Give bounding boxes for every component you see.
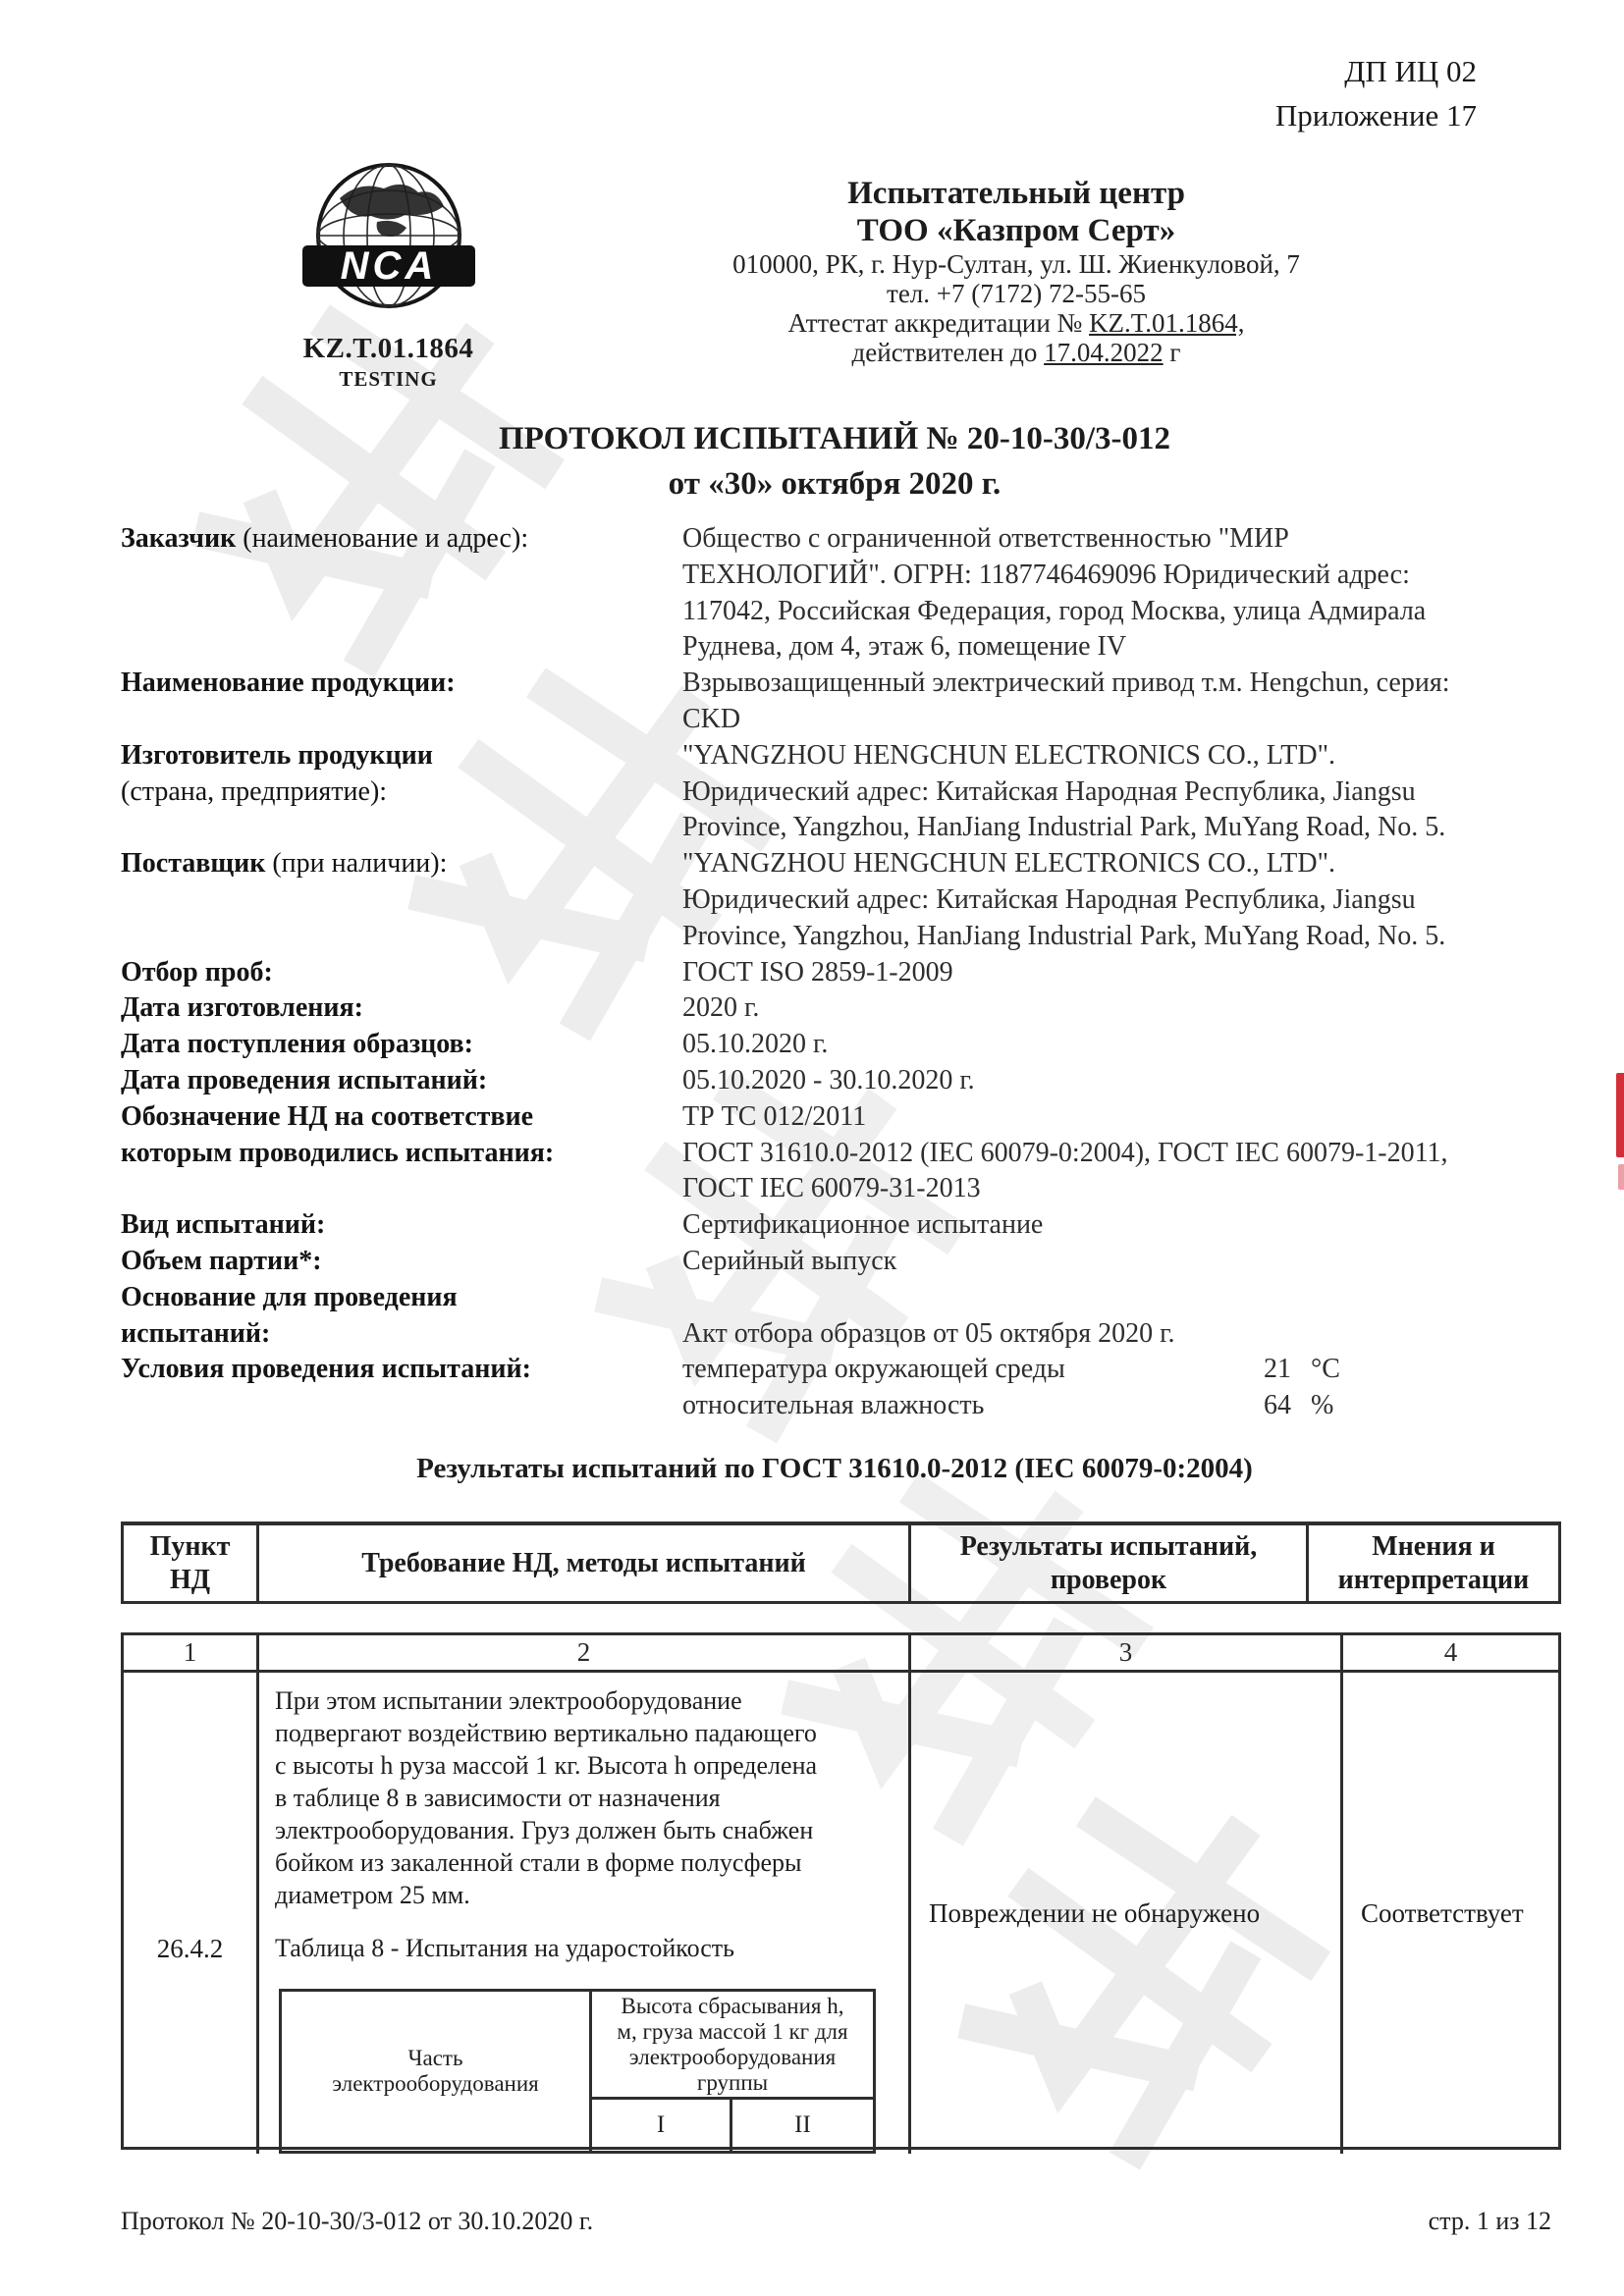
field-row-sampling: Отбор проб: ГОСТ ISO 2859-1-2009 [121,955,1546,991]
field-label: Условия проведения испытаний: [121,1354,531,1384]
field-row-manufacturer: Изготовитель продукции (страна, предприя… [121,738,1546,846]
condition-unit: % [1291,1388,1380,1424]
centre-type: Испытательный центр [530,175,1502,212]
scanned-test-protocol-page: ДП ИЦ 02 Приложение 17 NCA KZ.T.01.1864 … [0,0,1624,2296]
red-stamp-fragment [1618,1164,1624,1190]
field-label: Наименование продукции: [121,667,456,698]
field-row-test-basis: Основание для проведения испытаний: Акт … [121,1280,1546,1353]
impact-col-height: Высота сбрасывания h, м, груза массой 1 … [592,1992,873,2100]
centre-accreditation: Аттестат аккредитации № KZ.T.01.1864, [530,308,1502,338]
centre-validity: действителен до 17.04.2022 г [530,338,1502,367]
field-value: Сертификационное испытание [682,1207,1546,1244]
field-label: Изготовитель продукции [121,740,433,771]
document-code-block: ДП ИЦ 02 Приложение 17 [1275,49,1477,137]
validity-date: 17.04.2022 [1044,338,1164,367]
field-value: Серийный выпуск [682,1244,1546,1280]
condition-row-temperature: температура окружающей среды 21 °C [682,1352,1546,1388]
field-label: Объем партии*: [121,1246,322,1276]
field-row-test-dates: Дата проведения испытаний: 05.10.2020 - … [121,1063,1546,1099]
field-label: Обозначение НД на соответствие которым п… [121,1101,554,1168]
column-number: 3 [911,1635,1343,1673]
result-cell: Повреждении не обнаружено [911,1673,1343,2154]
protocol-title: ПРОТОКОЛ ИСПЫТАНИЙ № 20-10-30/3-012 от «… [0,416,1624,507]
accreditation-number: KZ.T.01.1864, [1089,308,1244,338]
header-cell-results: Результаты испытаний, проверок [911,1525,1309,1601]
field-label: Дата поступления образцов: [121,1029,473,1059]
logo-caption: TESTING [293,367,484,392]
impact-col-part: Часть электрооборудования [282,1992,592,2151]
opinion-cell: Соответствует [1343,1673,1558,2154]
field-row-batch-volume: Объем партии*: Серийный выпуск [121,1244,1546,1280]
field-row-manufacture-date: Дата изготовления: 2020 г. [121,990,1546,1027]
condition-text: относительная влажность [682,1388,1232,1424]
field-value: 2020 г. [682,990,1546,1027]
field-row-test-type: Вид испытаний: Сертификационное испытани… [121,1207,1546,1244]
page-footer: Протокол № 20-10-30/3-012 от 30.10.2020 … [121,2207,1551,2236]
validity-prefix: действителен до [852,338,1045,367]
condition-row-humidity: относительная влажность 64 % [682,1388,1546,1424]
field-row-customer: Заказчик (наименование и адрес): Обществ… [121,521,1546,666]
field-label: Вид испытаний: [121,1209,325,1240]
condition-value: 21 [1232,1352,1291,1388]
clause-cell: 26.4.2 [124,1673,259,2154]
field-label: Поставщик [121,848,265,879]
impact-test-table: Часть электрооборудования Высота сбрасыв… [279,1989,876,2154]
nca-acronym: NCA [340,244,437,288]
centre-phone: тел. +7 (7172) 72-55-65 [530,279,1502,308]
field-row-test-conditions: Условия проведения испытаний: температур… [121,1352,1546,1424]
column-number: 4 [1343,1635,1558,1673]
condition-text: температура окружающей среды [682,1352,1232,1388]
footer-protocol-number: Протокол № 20-10-30/3-012 от 30.10.2020 … [121,2207,593,2236]
document-code: ДП ИЦ 02 [1275,49,1477,93]
results-section-heading: Результаты испытаний по ГОСТ 31610.0-201… [0,1453,1624,1485]
field-label: Основание для проведения испытаний: [121,1282,458,1349]
protocol-number-line: ПРОТОКОЛ ИСПЫТАНИЙ № 20-10-30/3-012 [0,416,1624,461]
footer-page-number: стр. 1 из 12 [1429,2207,1551,2236]
field-value: Общество с ограниченной ответственностью… [682,521,1546,666]
requirement-text: При этом испытании электрооборудование п… [275,1684,893,1911]
appendix-number: Приложение 17 [1275,93,1477,137]
logo-accreditation-number: KZ.T.01.1864 [293,333,484,365]
header-cell-clause: Пункт НД [124,1525,259,1601]
accreditation-prefix: Аттестат аккредитации № [787,308,1089,338]
field-row-samples-received: Дата поступления образцов: 05.10.2020 г. [121,1027,1546,1063]
field-value: ТР ТС 012/2011 ГОСТ 31610.0-2012 (IEC 60… [682,1099,1546,1207]
validity-suffix: г [1164,338,1181,367]
field-label: Отбор проб: [121,957,273,988]
condition-unit: °C [1291,1352,1380,1388]
results-table-body: 1 2 3 4 26.4.2 При этом испытании электр… [121,1632,1561,2150]
field-value: "YANGZHOU HENGCHUN ELECTRONICS CO., LTD"… [682,846,1546,954]
field-label: Заказчик [121,523,236,554]
column-number: 1 [124,1635,259,1673]
column-number: 2 [259,1635,911,1673]
impact-group-2: II [732,2100,873,2151]
field-label: Дата изготовления: [121,992,363,1023]
testing-centre-header: Испытательный центр ТОО «Казпром Серт» 0… [530,175,1502,367]
field-value: Акт отбора образцов от 05 октября 2020 г… [682,1280,1546,1353]
results-table-header: Пункт НД Требование НД, методы испытаний… [121,1522,1561,1604]
field-row-product-name: Наименование продукции: Взрывозащищенный… [121,666,1546,738]
field-row-supplier: Поставщик (при наличии): "YANGZHOU HENGC… [121,846,1546,954]
centre-address: 010000, РК, г. Нур-Султан, ул. Ш. Жиенку… [530,249,1502,279]
field-value: Взрывозащищенный электрический привод т.… [682,666,1546,738]
field-value: ГОСТ ISO 2859-1-2009 [682,955,1546,991]
condition-value: 64 [1232,1388,1291,1424]
impact-group-1: I [592,2100,732,2151]
field-row-standards: Обозначение НД на соответствие которым п… [121,1099,1546,1207]
nested-table-caption: Таблица 8 - Испытания на ударостойкость [275,1932,893,1964]
field-value: 05.10.2020 г. [682,1027,1546,1063]
field-value: 05.10.2020 - 30.10.2020 г. [682,1063,1546,1099]
field-label: Дата проведения испытаний: [121,1065,487,1095]
field-value: "YANGZHOU HENGCHUN ELECTRONICS CO., LTD"… [682,738,1546,846]
protocol-fields: Заказчик (наименование и адрес): Обществ… [121,521,1546,1424]
header-cell-requirement: Требование НД, методы испытаний [259,1525,911,1601]
requirement-cell: При этом испытании электрооборудование п… [259,1673,911,2154]
red-stamp-fragment [1616,1073,1624,1157]
centre-name: ТОО «Казпром Серт» [530,212,1502,249]
protocol-date-line: от «30» октября 2020 г. [0,461,1624,507]
globe-logo-icon: NCA [300,159,477,324]
nca-logo-block: NCA KZ.T.01.1864 TESTING [293,159,484,392]
header-cell-opinions: Мнения и интерпретации [1309,1525,1558,1601]
